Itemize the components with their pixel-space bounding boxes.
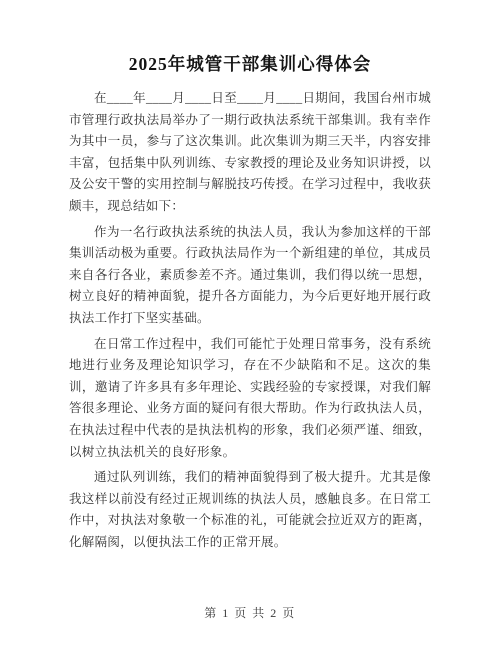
document-title: 2025年城管干部集训心得体会 [0,0,500,76]
paragraph-intro: 在____年____月____日至____月____日期间，我国台州市城市管理行… [69,88,431,218]
page-number: 第 1 页 共 2 页 [0,604,500,621]
document-page: 2025年城管干部集训心得体会 在____年____月____日至____月__… [0,0,500,647]
paragraph-drill-training: 通过队列训练，我们的精神面貌得到了极大提升。尤其是像我这样以前没有经过正规训练的… [69,467,431,553]
paragraph-lectures: 在日常工作过程中，我们可能忙于处理日常事务，没有系统地进行业务及理论知识学习，存… [69,334,431,464]
document-body: 在____年____月____日至____月____日期间，我国台州市城市管理行… [69,88,431,553]
paragraph-importance: 作为一名行政执法系统的执法人员，我认为参加这样的干部集训活动极为重要。行政执法局… [69,222,431,330]
